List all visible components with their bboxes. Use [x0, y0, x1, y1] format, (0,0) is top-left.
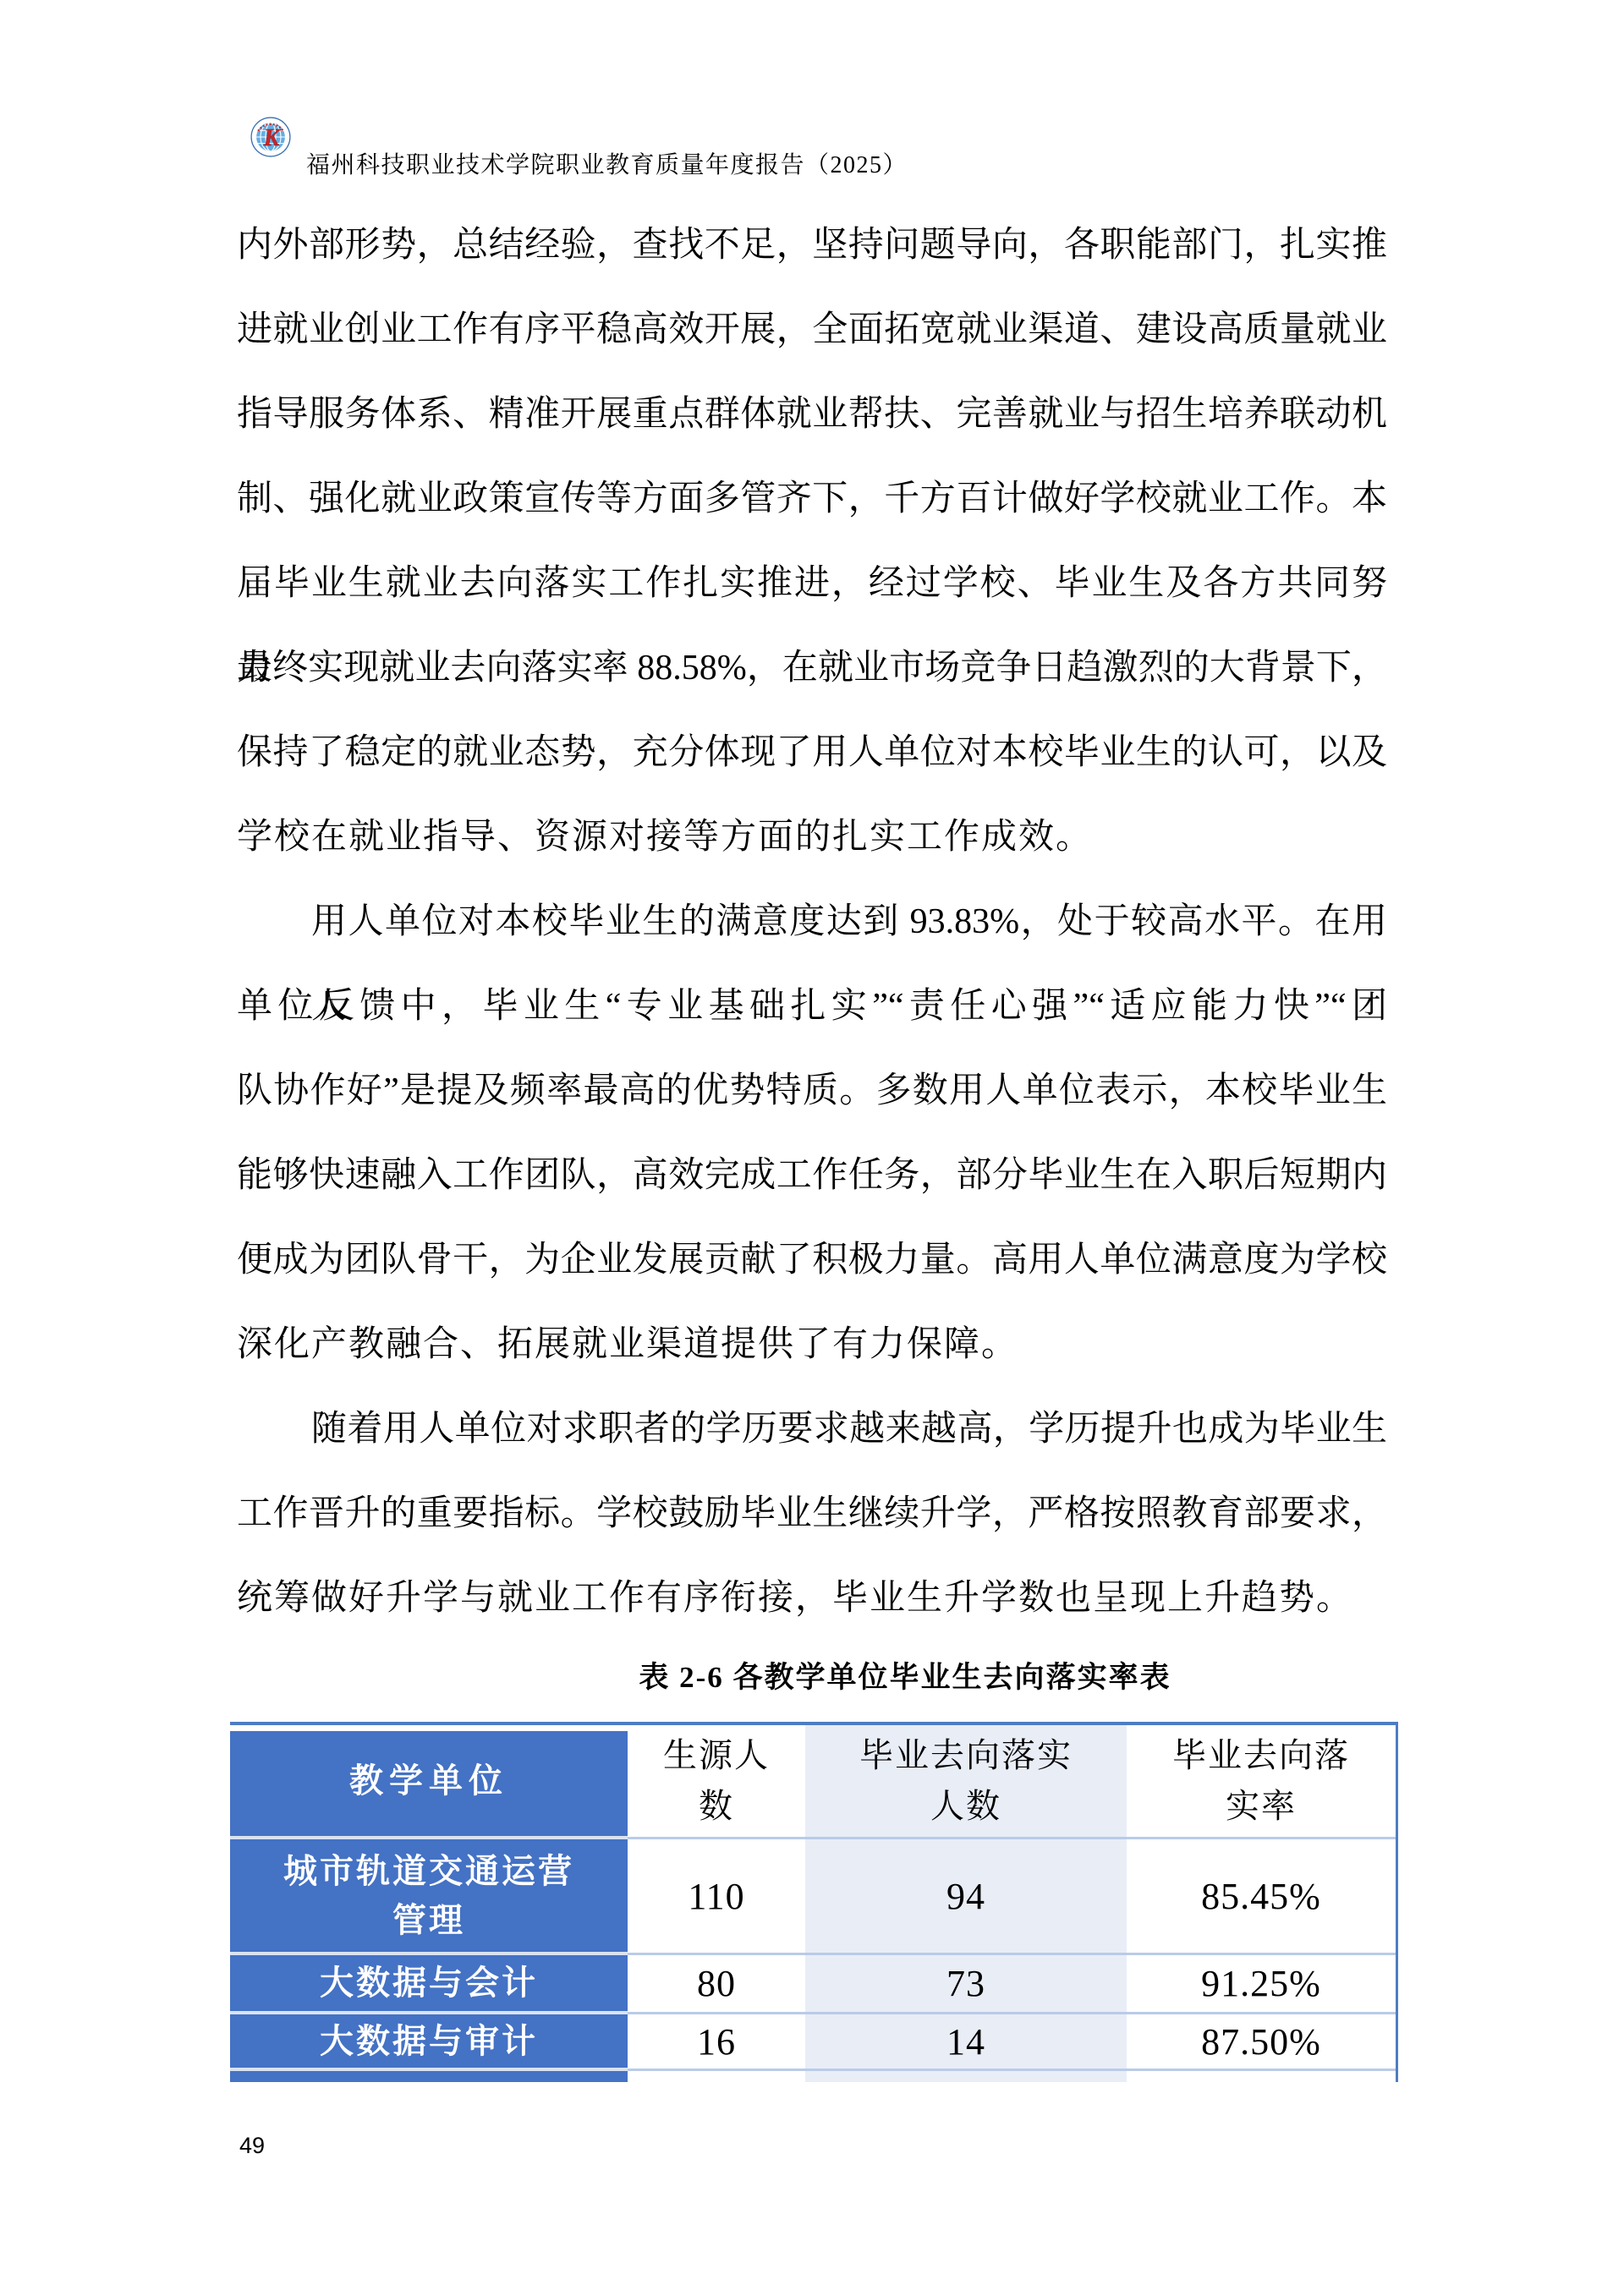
paragraph-line: 能够快速融入工作团队，高效完成工作任务，部分毕业生在入职后短期内: [237, 1133, 1387, 1218]
cell-clipped: [805, 2071, 1127, 2082]
school-logo-icon: K: [250, 117, 291, 157]
report-title: 福州科技职业技术学院职业教育质量年度报告（2025）: [306, 142, 908, 189]
cell-students: 80: [628, 1955, 805, 2014]
body-text: 内外部形势，总结经验，查找不足，坚持问题导向，各职能部门，扎实推 进就业创业工作…: [237, 203, 1387, 1641]
page-header: K 福州科技职业技术学院职业教育质量年度报告（2025）: [0, 0, 1624, 203]
paragraph-line: 用人单位对本校毕业生的满意度达到 93.83%，处于较高水平。在用人: [237, 879, 1387, 964]
table-row: 大数据与审计 16 14 87.50%: [230, 2014, 1396, 2071]
cell-unit: 大数据与会计: [230, 1955, 628, 2014]
paragraph-line: 最终实现就业去向落实率 88.58%，在就业市场竞争日趋激烈的大背景下，: [237, 626, 1387, 710]
column-header-placement-rate: 毕业去向落 实率: [1127, 1725, 1396, 1839]
column-header-employed-count: 毕业去向落实 人数: [805, 1725, 1127, 1839]
logo-letter: K: [263, 125, 282, 151]
cell-employed: 73: [805, 1955, 1127, 2014]
table-row: 城市轨道交通运营 管理 110 94 85.45%: [230, 1839, 1396, 1955]
cell-clipped: [628, 2071, 805, 2082]
cell-students: 16: [628, 2014, 805, 2071]
cell-students: 110: [628, 1839, 805, 1955]
cell-employed: 94: [805, 1839, 1127, 1955]
cell-rate: 91.25%: [1127, 1955, 1396, 2014]
paragraph-line: 单位反馈中，毕业生“专业基础扎实”“责任心强”“适应能力快”“团: [237, 964, 1387, 1049]
paragraph-line: 队协作好”是提及频率最高的优势特质。多数用人单位表示，本校毕业生: [237, 1049, 1387, 1133]
cell-unit: 大数据与审计: [230, 2014, 628, 2071]
table-row: 大数据与会计 80 73 91.25%: [230, 1955, 1396, 2014]
paragraph-line: 统筹做好升学与就业工作有序衔接，毕业生升学数也呈现上升趋势。: [237, 1556, 1387, 1641]
cell-rate: 85.45%: [1127, 1839, 1396, 1955]
paragraph-line: 制、强化就业政策宣传等方面多管齐下，千方百计做好学校就业工作。本: [237, 457, 1387, 541]
paragraph-line: 届毕业生就业去向落实工作扎实推进，经过学校、毕业生及各方共同努力，: [237, 541, 1387, 626]
table-header-row: 教学单位 生源人 数 毕业去向落实 人数 毕业去向落 实率: [230, 1725, 1396, 1839]
cell-employed: 14: [805, 2014, 1127, 2071]
paragraph-line: 随着用人单位对求职者的学历要求越来越高，学历提升也成为毕业生: [237, 1387, 1387, 1471]
cell-clipped: [1127, 2071, 1396, 2082]
column-header-student-count: 生源人 数: [628, 1725, 805, 1839]
paragraph-line: 工作晋升的重要指标。学校鼓励毕业生继续升学，严格按照教育部要求，: [237, 1471, 1387, 1556]
cell-rate: 87.50%: [1127, 2014, 1396, 2071]
paragraph-line: 学校在就业指导、资源对接等方面的扎实工作成效。: [237, 795, 1387, 879]
cell-unit: 城市轨道交通运营 管理: [230, 1839, 628, 1955]
paragraph-line: 内外部形势，总结经验，查找不足，坚持问题导向，各职能部门，扎实推: [237, 203, 1387, 288]
paragraph-line: 深化产教融合、拓展就业渠道提供了有力保障。: [237, 1302, 1387, 1387]
paragraph-line: 便成为团队骨干，为企业发展贡献了积极力量。高用人单位满意度为学校: [237, 1218, 1387, 1302]
placement-rate-table: 教学单位 生源人 数 毕业去向落实 人数 毕业去向落 实率 城市轨道交通运营 管…: [230, 1722, 1398, 2082]
table-caption: 表 2-6 各教学单位毕业生去向落实率表: [237, 1647, 1387, 1708]
paragraph-line: 进就业创业工作有序平稳高效开展，全面拓宽就业渠道、建设高质量就业: [237, 288, 1387, 372]
paragraph-line: 指导服务体系、精准开展重点群体就业帮扶、完善就业与招生培养联动机: [237, 372, 1387, 457]
document-page: K 福州科技职业技术学院职业教育质量年度报告（2025） 内外部形势，总结经验，…: [0, 0, 1624, 2296]
column-header-teaching-unit: 教学单位: [230, 1725, 628, 1839]
cell-unit-clipped: [230, 2071, 628, 2082]
page-number: 49: [239, 2123, 265, 2168]
table-row-clipped: [230, 2071, 1396, 2082]
paragraph-line: 保持了稳定的就业态势，充分体现了用人单位对本校毕业生的认可，以及: [237, 710, 1387, 795]
